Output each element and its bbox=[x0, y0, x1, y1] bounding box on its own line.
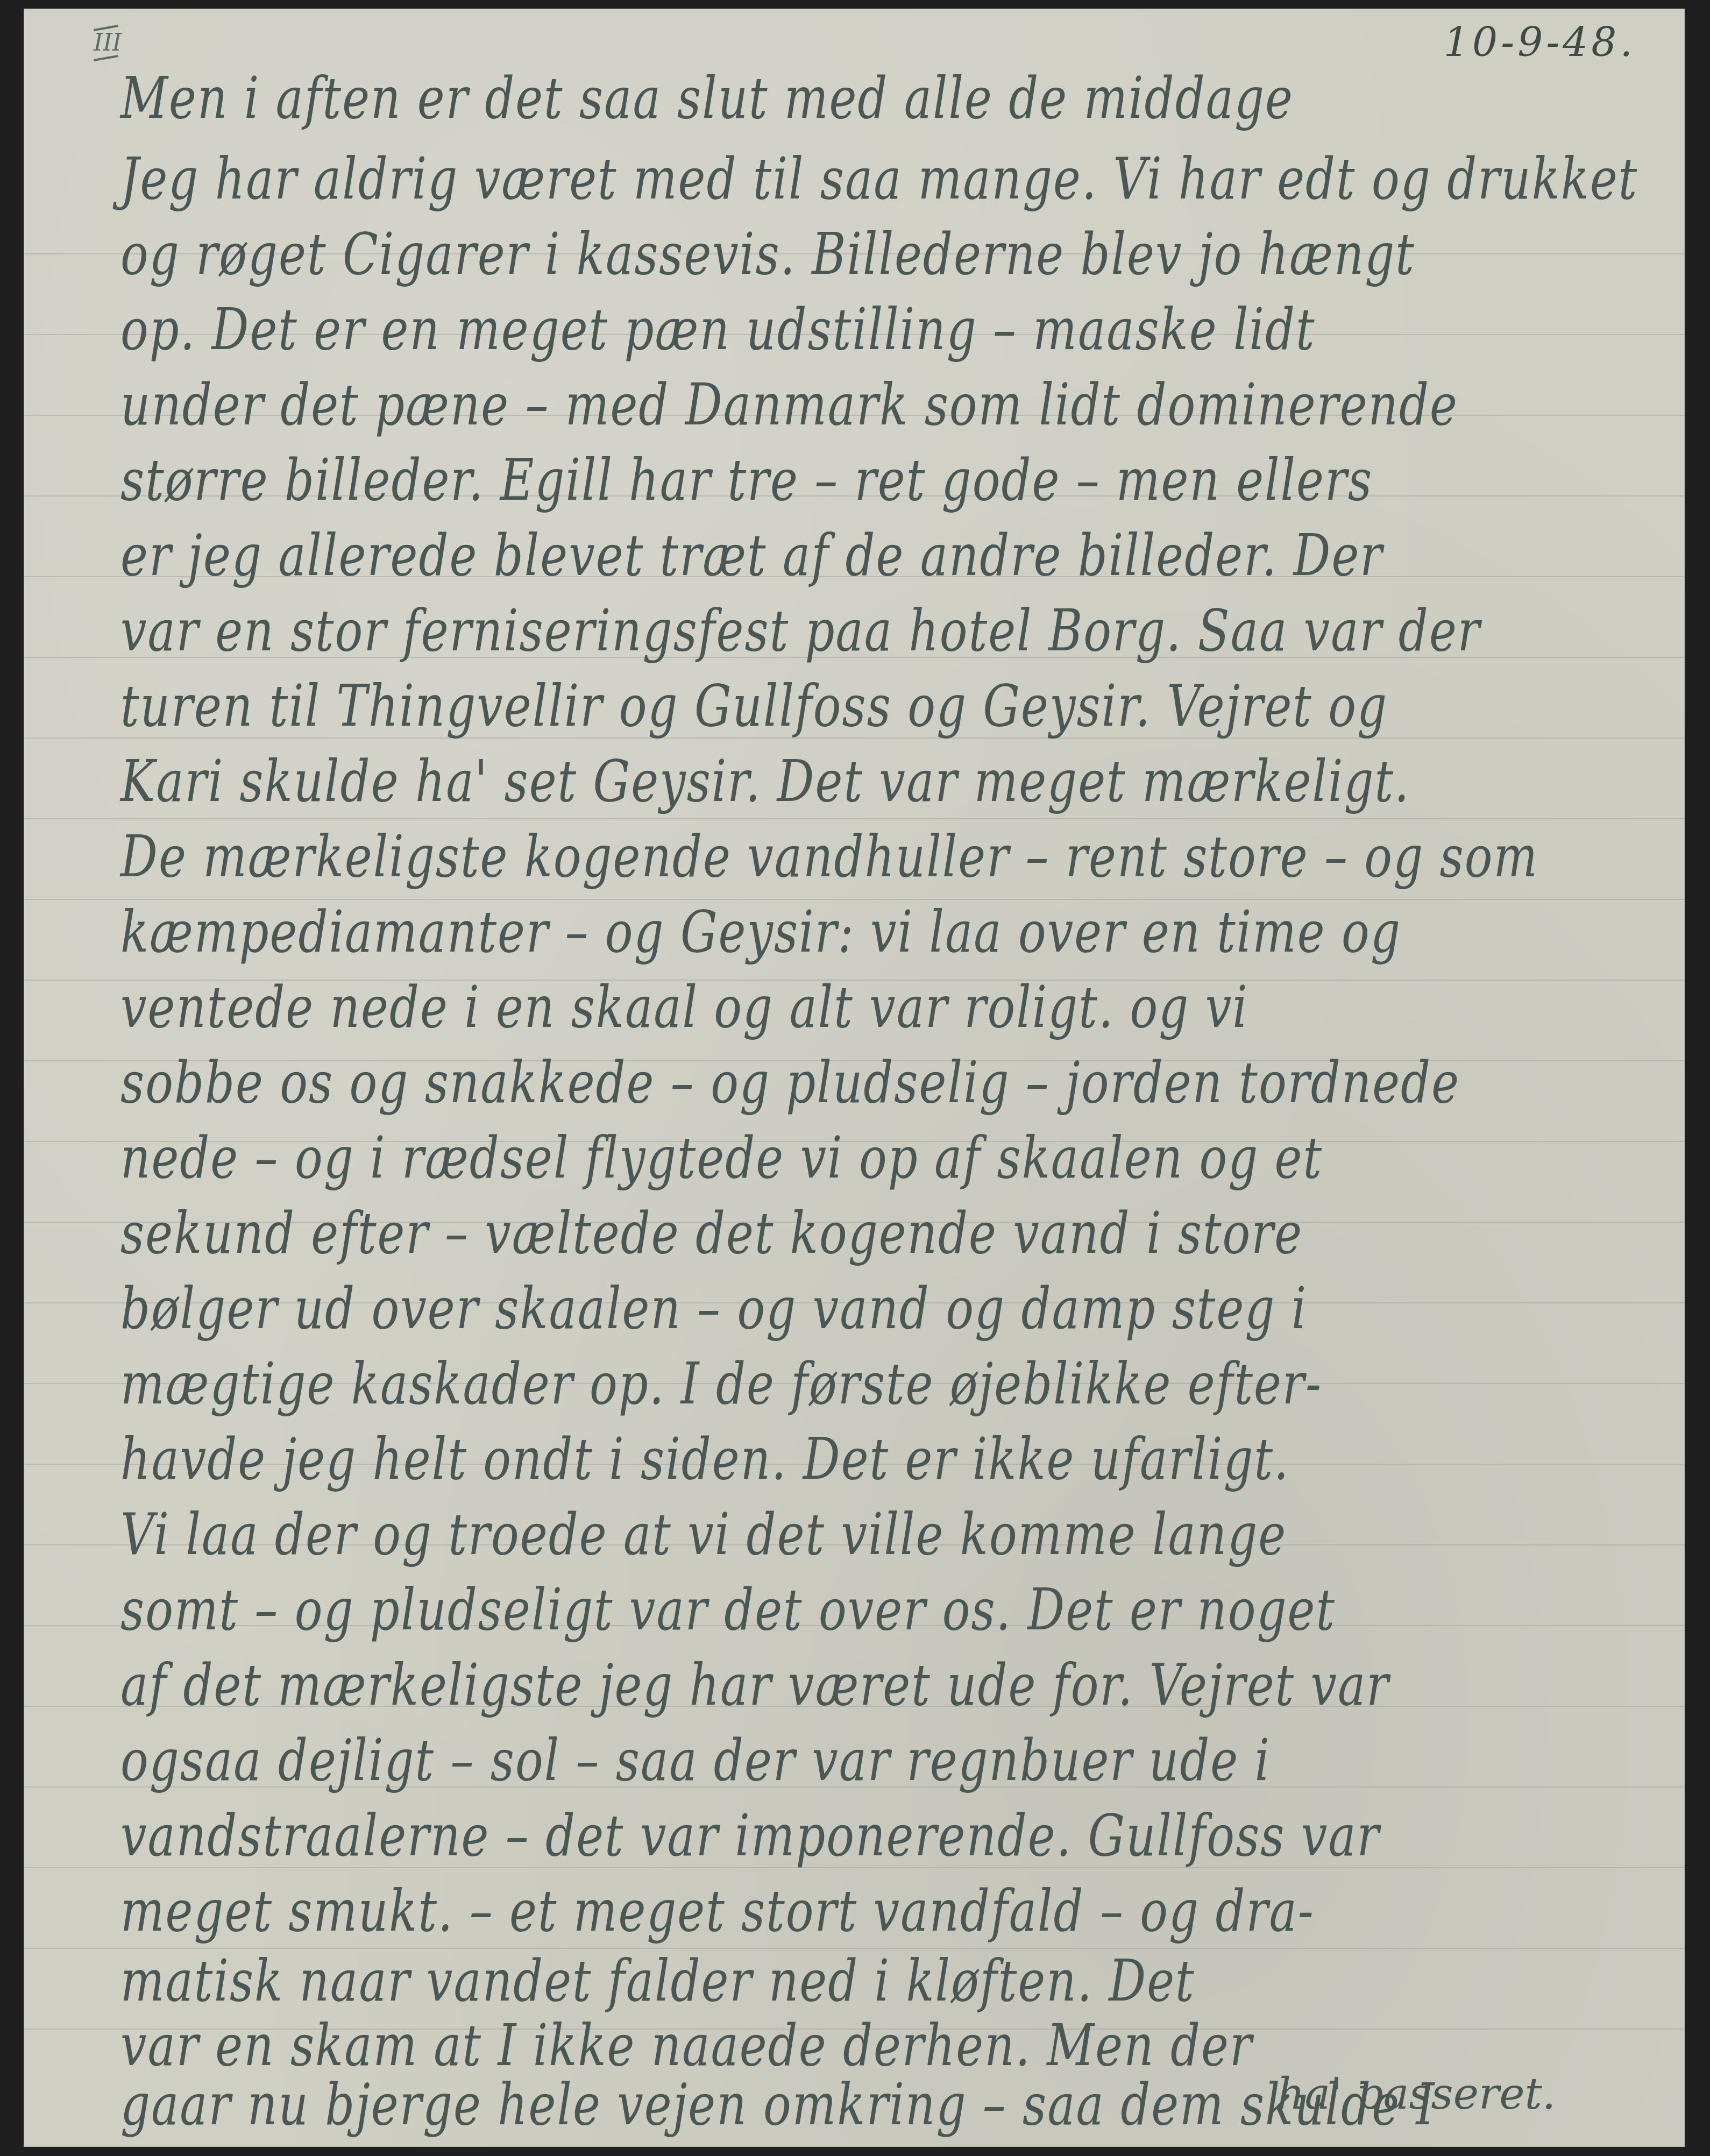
page-number-mark: III bbox=[94, 25, 122, 61]
continuation-line: ha' passeret. bbox=[1277, 2069, 1556, 2119]
letter-page: III 10-9-48. Men i aften er det saa slut… bbox=[24, 9, 1685, 2147]
page-mark-text: III bbox=[94, 29, 122, 56]
